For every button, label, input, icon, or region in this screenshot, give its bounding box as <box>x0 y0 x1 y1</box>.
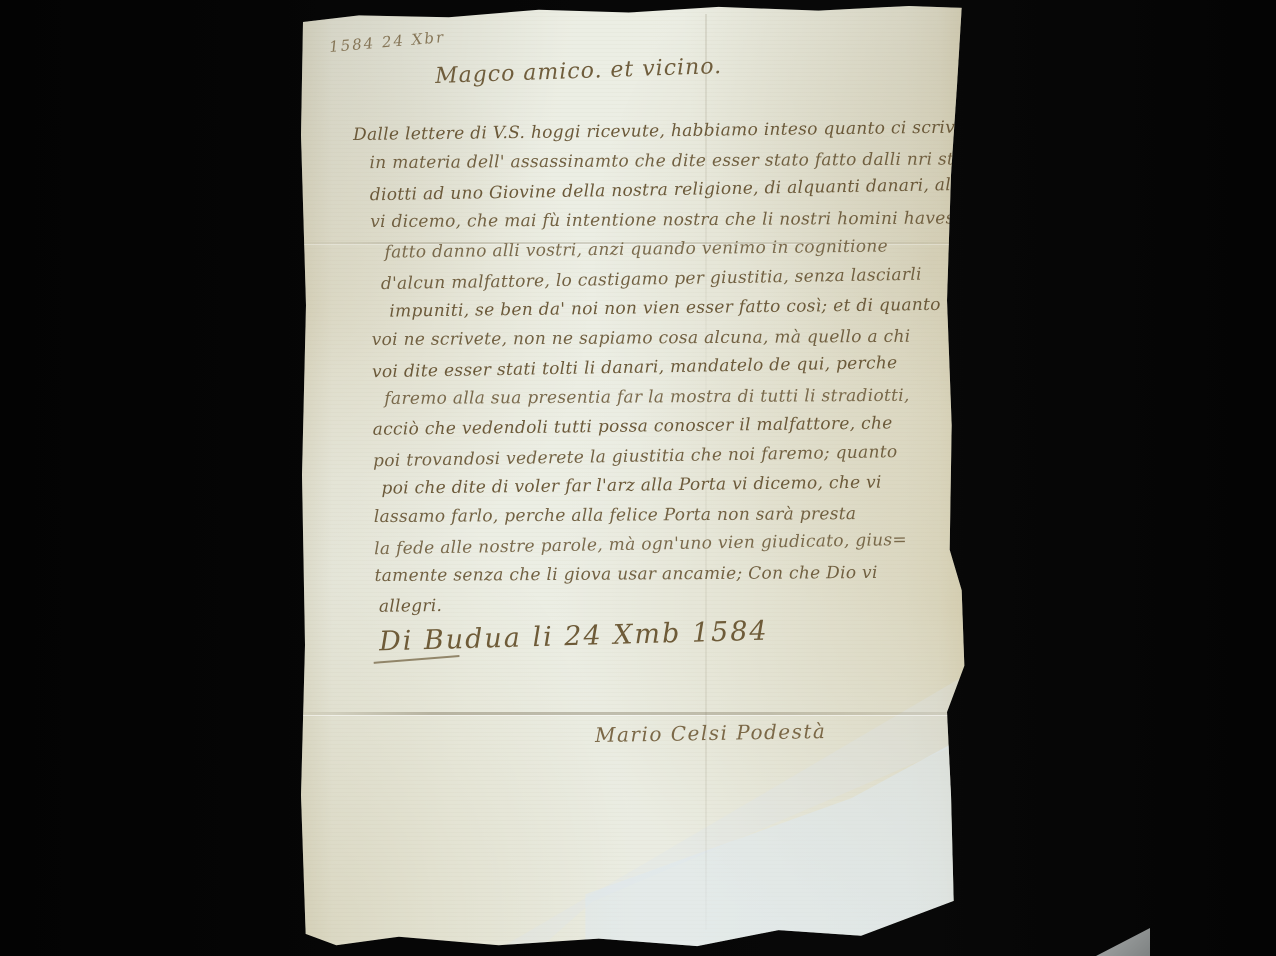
body-line: Dalle lettere di V.S. hoggi ricevute, ha… <box>353 118 953 155</box>
fold-crease-lower <box>299 712 965 715</box>
archival-date-annotation: 1584 24 Xbr <box>328 28 445 56</box>
letter-page: 1584 24 Xbr Magco amico. et vicino. Dall… <box>299 5 965 949</box>
body-line: tamente senza che li giova usar ancamie;… <box>358 562 958 595</box>
signature: Mario Celsi Podestà <box>595 719 827 747</box>
photo-background: 1584 24 Xbr Magco amico. et vicino. Dall… <box>0 0 1276 956</box>
body-line: faremo alla sua presentia far la mostra … <box>356 385 956 418</box>
scan-corner-artifact <box>1096 928 1150 956</box>
salutation: Magco amico. et vicino. <box>435 54 723 89</box>
letter-body: Dalle lettere di V.S. hoggi ricevute, ha… <box>353 118 959 627</box>
